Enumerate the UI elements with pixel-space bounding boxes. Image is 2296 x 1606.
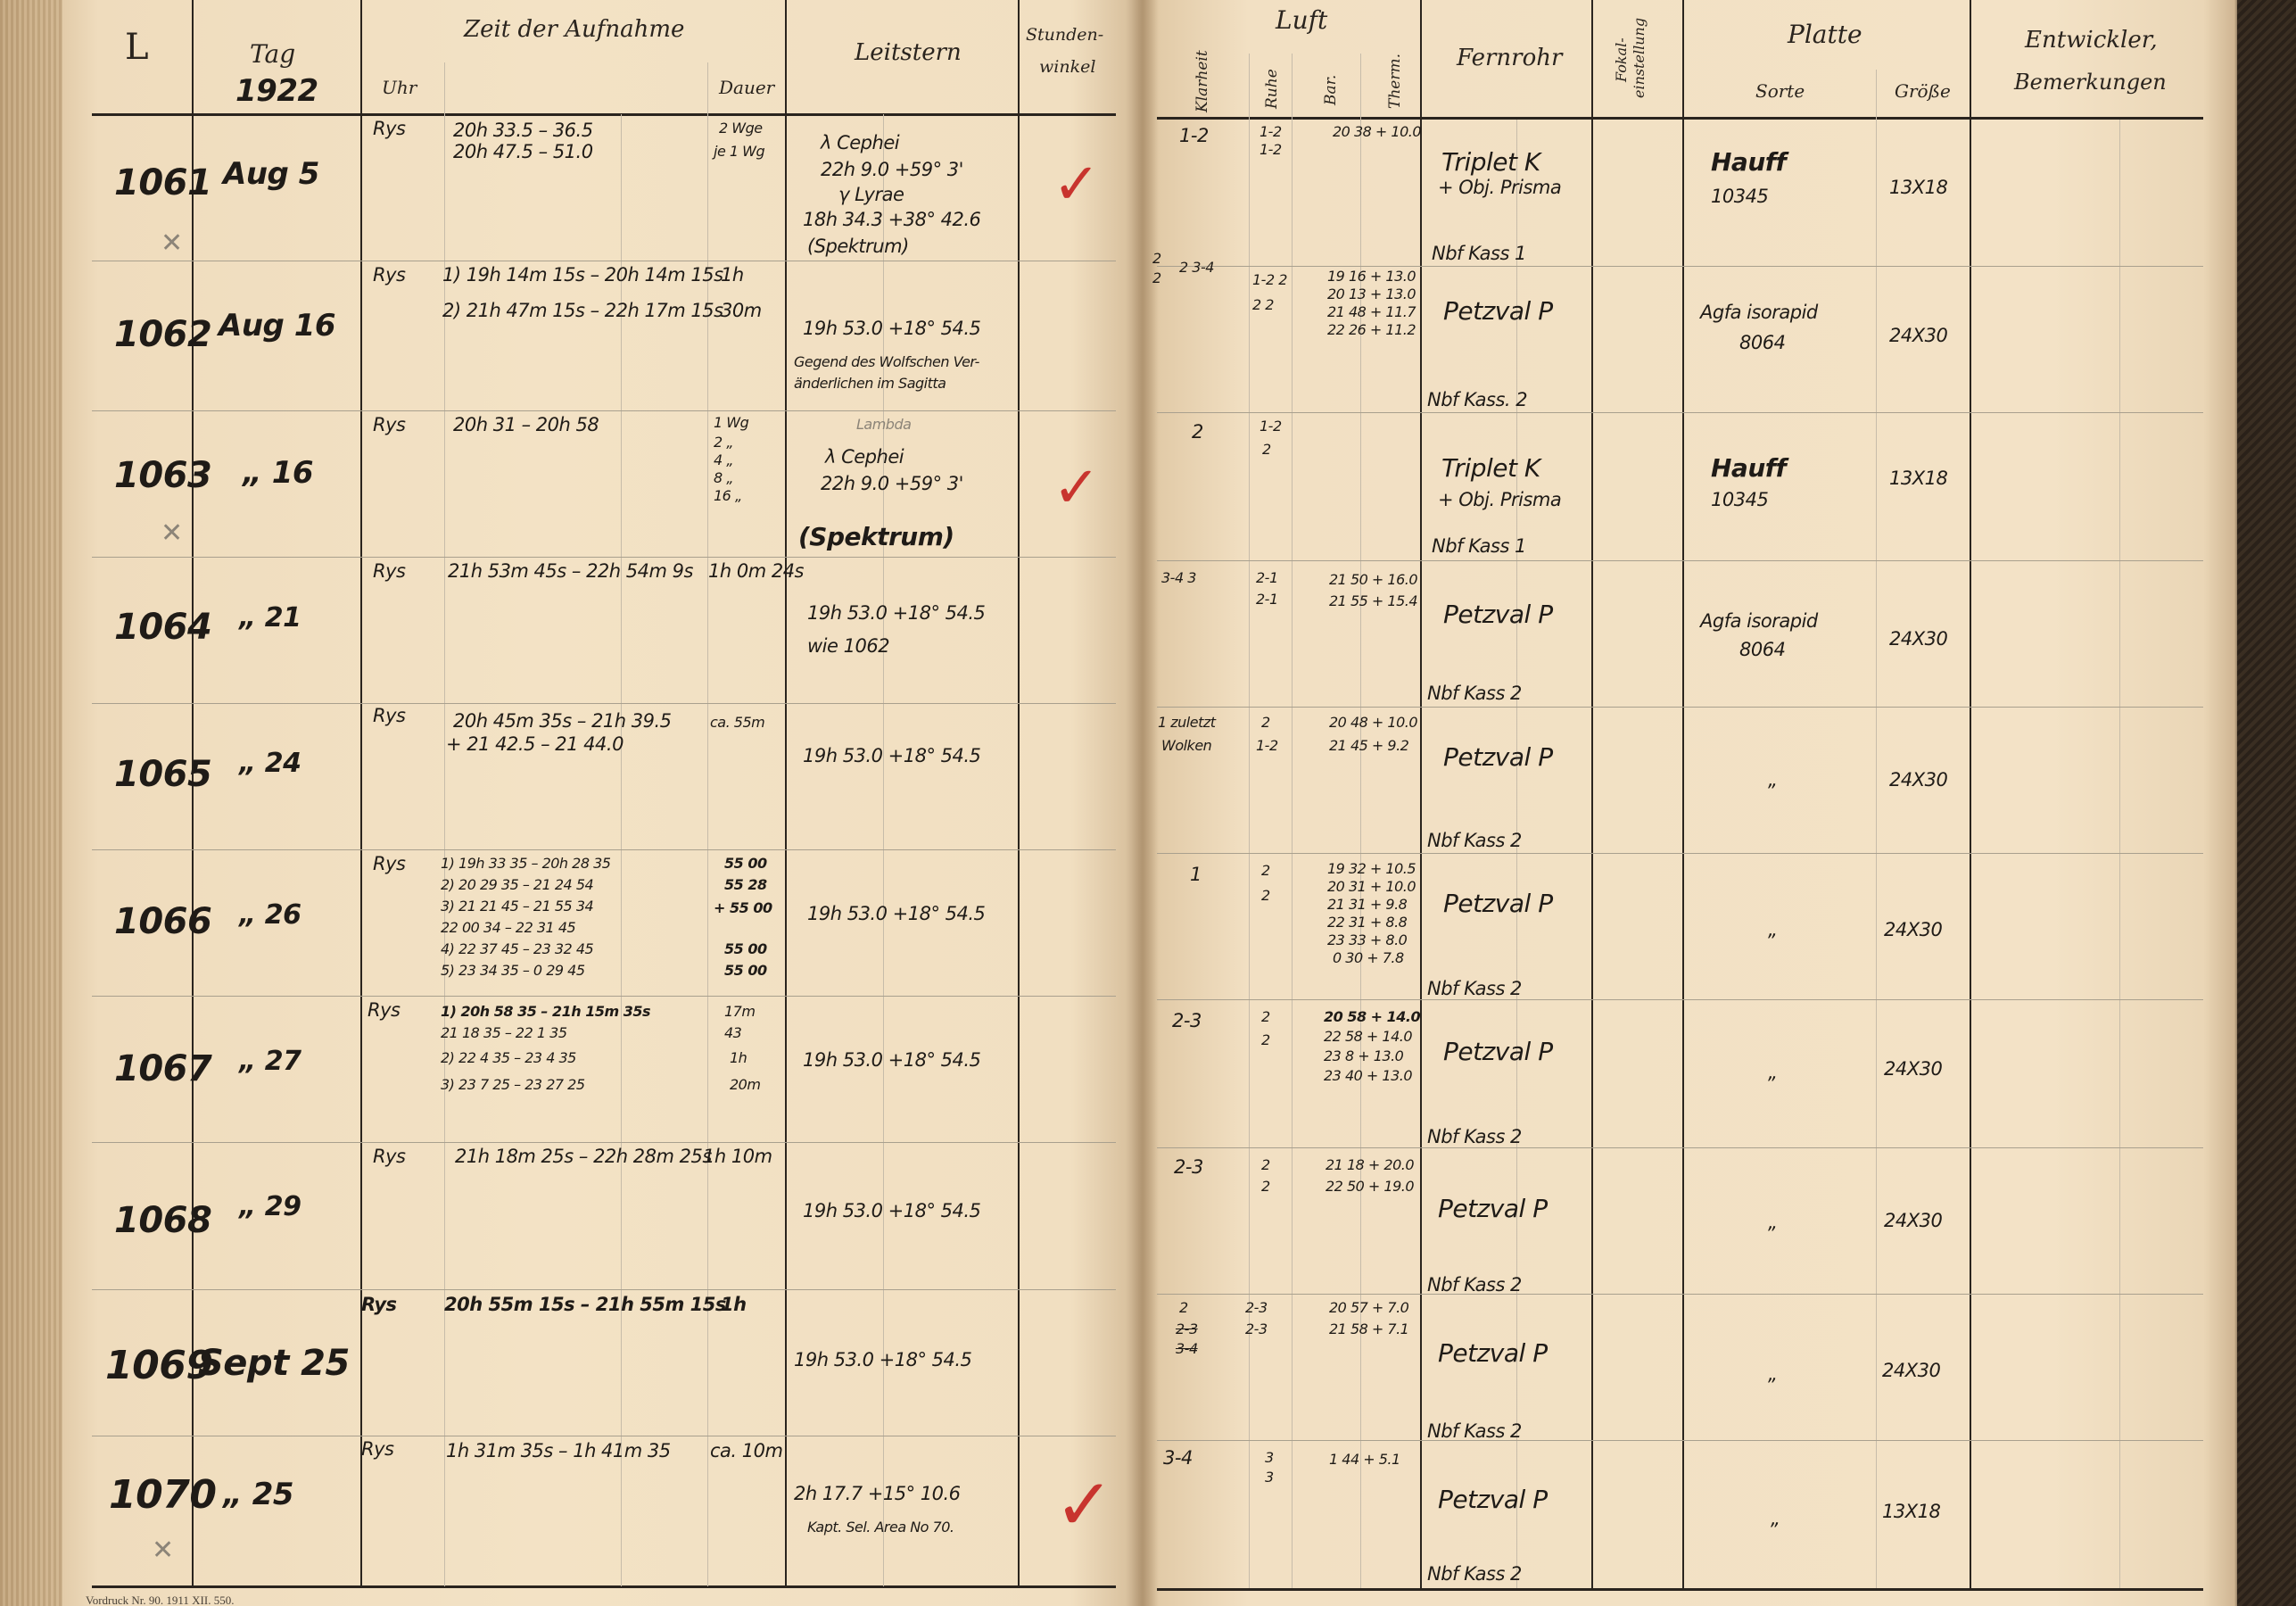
uhr-prefix: Rys <box>373 853 405 874</box>
leitstern-line: 22h 9.0 +59° 3' <box>821 159 963 180</box>
entry-number: 1063 <box>114 455 211 496</box>
zeit-line: 21h 53m 45s – 22h 54m 9s <box>448 560 693 582</box>
zeit-line: + 21 42.5 – 21 44.0 <box>446 733 624 755</box>
bar-therm-value: 19 32 + 10.5 <box>1327 860 1416 877</box>
plate-number: 8064 <box>1739 332 1785 353</box>
bar-therm-value: 20 38 + 10.0 <box>1333 123 1421 140</box>
plate-size: 24X30 <box>1884 919 1942 940</box>
ruhe-value: 1-2 <box>1259 141 1282 158</box>
header-stundenwinkel-1: Stunden- <box>1026 25 1103 45</box>
bar-therm-value: 21 45 + 9.2 <box>1329 737 1408 754</box>
entry-number: 1061 <box>114 162 211 203</box>
kassette-label: Nbf Kass 2 <box>1427 1274 1522 1296</box>
ruhe-value: 2 <box>1261 862 1270 879</box>
header-zeit-der-aufnahme: Zeit der Aufnahme <box>464 16 684 43</box>
ruhe-value: 1-2 <box>1259 418 1282 435</box>
divider-ruhe-bar <box>1292 54 1293 1588</box>
bar-therm-value: 22 26 + 11.2 <box>1327 321 1416 338</box>
fernrohr-line: Petzval P <box>1443 600 1553 629</box>
bottom-rule-left <box>92 1585 1116 1588</box>
divider-fokal-platte <box>1682 0 1684 1588</box>
header-fokal-2: einstellung <box>1631 18 1648 98</box>
klarheit-value: 2-3 <box>1176 1320 1198 1337</box>
header-ruhe: Ruhe <box>1263 69 1281 109</box>
plate-number: 10345 <box>1711 186 1768 207</box>
dauer-line: 1h <box>730 1049 747 1066</box>
bar-therm-value: 0 30 + 7.8 <box>1333 949 1404 966</box>
entry-number: 1062 <box>114 314 211 355</box>
kassette-label: Nbf Kass 2 <box>1427 1126 1522 1147</box>
entry-number: 1068 <box>114 1200 211 1241</box>
zeit-line: 2) 22 4 35 – 23 4 35 <box>441 1049 576 1066</box>
leitstern-line: wie 1062 <box>807 635 889 657</box>
margin-cross-icon: ✕ <box>152 1535 174 1566</box>
dauer-line: ca. 10m <box>710 1440 782 1461</box>
zeit-line: 4) 22 37 45 – 23 32 45 <box>441 940 593 957</box>
divider-leitstern-stunden <box>1018 0 1020 1586</box>
ruhe-value: 1-2 2 <box>1252 271 1287 288</box>
header-tag: Tag <box>250 39 295 69</box>
fernrohr-line: Petzval P <box>1438 1485 1548 1514</box>
dauer-line: 2 Wge <box>719 120 763 137</box>
kassette-label: Nbf Kass 2 <box>1427 1420 1522 1442</box>
zeit-line: 1) 19h 33 35 – 20h 28 35 <box>441 855 610 872</box>
uhr-prefix: Rys <box>373 118 405 139</box>
uhr-prefix: Rys <box>373 264 405 286</box>
leitstern-line: 19h 53.0 +18° 54.5 <box>803 745 980 766</box>
header-stundenwinkel-2: winkel <box>1039 57 1095 77</box>
plate-brand: Agfa isorapid <box>1700 610 1818 632</box>
ruhe-value: 2 <box>1261 1031 1270 1048</box>
divider-zeit-mid <box>621 114 622 1586</box>
ruhe-value: 2 <box>1262 441 1271 458</box>
klarheit-value: 3-4 <box>1176 1340 1198 1357</box>
ruhe-value: 2 <box>1261 714 1270 731</box>
zeit-line: 21 18 35 – 22 1 35 <box>441 1024 567 1041</box>
dauer-line: 1h <box>721 1294 747 1315</box>
red-check-icon: ✓ <box>1053 152 1101 218</box>
row-separator <box>1157 853 2203 854</box>
row-separator <box>1157 707 2203 708</box>
bar-therm-value: 23 33 + 8.0 <box>1327 931 1407 948</box>
header-uhr: Uhr <box>382 77 417 98</box>
ditto-mark: „ <box>1768 769 1777 791</box>
header-platte: Platte <box>1788 20 1862 49</box>
leitstern-line: 2h 17.7 +15° 10.6 <box>794 1483 961 1504</box>
ruhe-value: 2-1 <box>1256 569 1278 586</box>
row-separator <box>1157 266 2203 267</box>
dauer-line: 4 „ <box>714 451 733 468</box>
dauer-line: 55 00 <box>724 962 767 979</box>
ruhe-value: 2 <box>1261 1178 1270 1195</box>
ditto-mark: „ <box>1768 919 1777 940</box>
header-sorte: Sorte <box>1755 80 1805 102</box>
zeit-line: 5) 23 34 35 – 0 29 45 <box>441 962 585 979</box>
dauer-line: + 55 00 <box>714 899 772 916</box>
leitstern-line: 19h 53.0 +18° 54.5 <box>794 1349 971 1370</box>
zeit-line: 3) 21 21 45 – 21 55 34 <box>441 898 593 915</box>
kassette-label: Nbf Kass. 2 <box>1427 389 1527 410</box>
page-stack-edge <box>0 0 62 1606</box>
klarheit-value: 1 <box>1190 864 1202 885</box>
header-fernrohr: Fernrohr <box>1457 45 1562 71</box>
kassette-label: Nbf Kass 2 <box>1427 683 1522 704</box>
dauer-line: 17m <box>724 1003 755 1020</box>
divider-luft-fernrohr <box>1420 0 1422 1588</box>
ruhe-value: 1-2 <box>1256 737 1278 754</box>
row-separator <box>92 1142 1116 1143</box>
header-groesse: Größe <box>1895 80 1951 102</box>
leitstern-line: 19h 53.0 +18° 54.5 <box>807 903 985 924</box>
bar-therm-value: 21 31 + 9.8 <box>1327 896 1407 913</box>
ruhe-value: 2 3-4 <box>1179 259 1214 276</box>
bar-therm-value: 20 58 + 14.0 <box>1324 1008 1420 1025</box>
header-bemerkungen: Bemerkungen <box>2014 70 2167 95</box>
ruhe-value: 1-2 <box>1259 123 1282 140</box>
ruhe-value: 2 <box>1261 1156 1270 1173</box>
kassette-label: Nbf Kass 2 <box>1427 978 1522 999</box>
divider-klarheit-ruhe <box>1249 54 1250 1588</box>
leitstern-line: 19h 53.0 +18° 54.5 <box>807 602 985 624</box>
header-year: 1922 <box>235 73 318 109</box>
leitstern-line: λ Cephei <box>825 446 904 468</box>
entry-number: 1064 <box>114 607 211 648</box>
klarheit-value: 1-2 <box>1179 125 1209 146</box>
dauer-line: ca. 55m <box>710 714 764 731</box>
plate-brand: Hauff <box>1711 147 1786 177</box>
bar-therm-value: 20 57 + 7.0 <box>1329 1299 1408 1316</box>
dauer-line: 43 <box>724 1024 741 1041</box>
zeit-line: 20h 33.5 – 36.5 <box>453 120 593 141</box>
fernrohr-line: Triplet K <box>1441 147 1540 177</box>
header-luft: Luft <box>1276 5 1327 35</box>
header-rule-left <box>92 113 1116 116</box>
entry-number: 1069 <box>105 1343 212 1388</box>
entry-date: Aug 16 <box>219 308 335 344</box>
print-footer: Vordruck Nr. 90. 1911 XII. 550. <box>86 1594 234 1606</box>
fernrohr-line: + Obj. Prisma <box>1438 177 1561 198</box>
dauer-line: 8 „ <box>714 469 733 486</box>
klarheit-value: 3-4 <box>1163 1447 1193 1469</box>
klarheit-value: 2 <box>1152 250 1161 267</box>
dauer-line: 55 00 <box>724 855 767 872</box>
header-bar: Bar. <box>1322 75 1340 105</box>
leitstern-line: λ Cephei <box>821 132 899 153</box>
ruhe-value: 2 <box>1261 887 1270 904</box>
fernrohr-line: Petzval P <box>1443 889 1553 918</box>
plate-size: 24X30 <box>1884 1058 1942 1080</box>
klarheit-value: 2 <box>1192 421 1203 443</box>
plate-size: 24X30 <box>1882 1360 1940 1381</box>
fernrohr-line: Triplet K <box>1441 453 1540 483</box>
fernrohr-line: Petzval P <box>1443 1037 1553 1066</box>
plate-size: 13X18 <box>1889 177 1947 198</box>
header-rule-right <box>1157 117 2203 120</box>
leitstern-note: änderlichen im Sagitta <box>794 375 946 392</box>
row-separator <box>92 849 1116 850</box>
header-l: L <box>125 27 149 68</box>
divider-uhr <box>444 62 445 1586</box>
entry-date: „ 29 <box>239 1191 301 1222</box>
entry-number: 1070 <box>109 1472 216 1518</box>
header-entwickler: Entwickler, <box>2025 27 2158 54</box>
dauer-line: 20m <box>730 1076 760 1093</box>
kassette-label: Nbf Kass 1 <box>1432 243 1526 264</box>
bar-therm-value: 22 58 + 14.0 <box>1324 1028 1412 1045</box>
row-separator <box>92 1289 1116 1290</box>
book-gutter <box>1126 0 1158 1606</box>
row-separator <box>1157 1440 2203 1441</box>
plate-size: 13X18 <box>1889 468 1947 489</box>
plate-brand: Agfa isorapid <box>1700 302 1818 323</box>
divider-tag-zeit <box>360 0 362 1586</box>
bar-therm-value: 20 31 + 10.0 <box>1327 878 1416 895</box>
zeit-line: 21h 18m 25s – 22h 28m 25s <box>455 1146 712 1167</box>
zeit-line: 1) 20h 58 35 – 21h 15m 35s <box>441 1003 650 1020</box>
header-therm: Therm. <box>1386 54 1404 109</box>
klarheit-value: 1 zuletzt <box>1158 714 1216 731</box>
red-check-icon: ✓ <box>1053 455 1101 521</box>
dauer-line: 55 00 <box>724 940 767 957</box>
zeit-line: 3) 23 7 25 – 23 27 25 <box>441 1076 585 1093</box>
zeit-line: 2) 21h 47m 15s – 22h 17m 15s <box>442 300 723 321</box>
row-separator <box>1157 560 2203 561</box>
zeit-line: 1h 31m 35s – 1h 41m 35 <box>446 1440 671 1461</box>
plate-number: 10345 <box>1711 489 1768 510</box>
leitstern-line: (Spektrum) <box>807 236 909 257</box>
leitstern-line: (Spektrum) <box>798 522 954 551</box>
dauer-line: 1h 10m <box>703 1146 772 1167</box>
bar-therm-value: 20 48 + 10.0 <box>1329 714 1417 731</box>
entry-number: 1065 <box>114 754 211 795</box>
leitstern-pencil-note: Lambda <box>856 416 911 433</box>
entry-date: „ 25 <box>223 1477 293 1512</box>
header-klarheit: Klarheit <box>1193 50 1211 112</box>
row-separator <box>1157 999 2203 1000</box>
bar-therm-value: 22 50 + 19.0 <box>1326 1178 1414 1195</box>
fernrohr-line: Petzval P <box>1443 742 1553 772</box>
ditto-mark: „ <box>1768 1363 1777 1385</box>
dauer-line: 55 28 <box>724 876 767 893</box>
uhr-prefix: Rys <box>373 1146 405 1167</box>
fernrohr-line: Petzval P <box>1443 296 1553 326</box>
zeit-line: 20h 55m 15s – 21h 55m 15s <box>444 1294 726 1315</box>
plate-size: 24X30 <box>1889 628 1947 650</box>
leitstern-line: 18h 34.3 +38° 42.6 <box>803 209 980 230</box>
row-separator <box>92 703 1116 704</box>
ruhe-value: 2-3 <box>1245 1320 1268 1337</box>
margin-cross-icon: ✕ <box>161 228 183 259</box>
bar-therm-value: 21 18 + 20.0 <box>1326 1156 1414 1173</box>
zeit-line: 22 00 34 – 22 31 45 <box>441 919 575 936</box>
bar-therm-value: 21 55 + 15.4 <box>1329 592 1417 609</box>
bar-therm-value: 21 50 + 16.0 <box>1329 571 1417 588</box>
bottom-rule-right <box>1157 1588 2203 1591</box>
row-separator <box>1157 1147 2203 1148</box>
plate-size: 24X30 <box>1889 769 1947 791</box>
entry-date: „ 21 <box>239 602 301 633</box>
kassette-label: Nbf Kass 1 <box>1432 535 1526 557</box>
zeit-line: 20h 45m 35s – 21h 39.5 <box>453 710 672 732</box>
leitstern-note: Kapt. Sel. Area No 70. <box>807 1519 954 1536</box>
ditto-mark: „ <box>1771 1508 1780 1529</box>
bar-therm-value: 23 40 + 13.0 <box>1324 1067 1412 1084</box>
klarheit-value: 2 <box>1179 1299 1188 1316</box>
plate-number: 8064 <box>1739 639 1785 660</box>
plate-brand: Hauff <box>1711 453 1786 483</box>
bar-therm-value: 22 31 + 8.8 <box>1327 914 1407 931</box>
leitstern-line: 19h 53.0 +18° 54.5 <box>803 1200 980 1221</box>
dauer-line: 16 „ <box>714 487 742 504</box>
dauer-line: 1 Wg <box>714 414 748 431</box>
uhr-prefix: Rys <box>373 560 405 582</box>
klarheit-value: 3-4 3 <box>1161 569 1196 586</box>
entry-date: „ 24 <box>239 748 301 779</box>
row-separator <box>92 557 1116 558</box>
ruhe-value: 2-3 <box>1245 1299 1268 1316</box>
klarheit-value: 2 <box>1152 269 1161 286</box>
uhr-prefix: Rys <box>368 999 400 1021</box>
bar-therm-value: 20 13 + 13.0 <box>1327 286 1416 302</box>
row-separator <box>92 261 1116 261</box>
ruhe-value: 2 <box>1261 1008 1270 1025</box>
plate-size: 24X30 <box>1889 325 1947 346</box>
ruhe-value: 2 2 <box>1252 296 1274 313</box>
entry-date: „ 27 <box>239 1046 301 1077</box>
dauer-line: je 1 Wg <box>714 143 764 160</box>
leitstern-line: γ Lyrae <box>838 184 904 205</box>
divider-fernrohr-fokal <box>1591 0 1593 1588</box>
fernrohr-line: Petzval P <box>1438 1194 1548 1223</box>
ruhe-value: 3 <box>1265 1469 1274 1486</box>
dauer-line: 30m <box>721 300 762 321</box>
dauer-line: 1h <box>721 264 744 286</box>
logbook-spread: L Tag 1922 Zeit der Aufnahme Uhr Dauer L… <box>0 0 2296 1606</box>
ditto-mark: „ <box>1768 1062 1777 1083</box>
divider-platte-entwickler <box>1970 0 1971 1588</box>
divider-zeit-leitstern <box>785 0 787 1586</box>
dauer-line: 2 „ <box>714 434 733 451</box>
header-dauer: Dauer <box>719 77 774 98</box>
entry-date: „ 16 <box>243 455 313 491</box>
fernrohr-line: + Obj. Prisma <box>1438 489 1561 510</box>
divider-entwickler-mid <box>2119 120 2120 1588</box>
header-fokal-1: Fokal- <box>1613 37 1630 82</box>
row-separator <box>1157 1294 2203 1295</box>
plate-size: 13X18 <box>1882 1501 1940 1522</box>
entry-number: 1066 <box>114 901 211 942</box>
kassette-label: Nbf Kass 2 <box>1427 830 1522 851</box>
zeit-line: 20h 47.5 – 51.0 <box>453 141 593 162</box>
leitstern-line: 22h 9.0 +59° 3' <box>821 473 963 494</box>
header-leitstern: Leitstern <box>855 39 962 66</box>
divider-sorte-groesse <box>1876 70 1877 1588</box>
bar-therm-value: 1 44 + 5.1 <box>1329 1451 1400 1468</box>
zeit-line: 2) 20 29 35 – 21 24 54 <box>441 876 593 893</box>
entry-number: 1067 <box>114 1048 211 1089</box>
row-separator <box>1157 412 2203 413</box>
uhr-prefix: Rys <box>361 1438 393 1460</box>
bar-therm-value: 21 48 + 11.7 <box>1327 303 1416 320</box>
fernrohr-line: Petzval P <box>1438 1338 1548 1368</box>
ruhe-value: 2-1 <box>1256 591 1278 608</box>
plate-size: 24X30 <box>1884 1210 1942 1231</box>
row-separator <box>92 410 1116 411</box>
bar-therm-value: 23 8 + 13.0 <box>1324 1047 1403 1064</box>
uhr-prefix: Rys <box>373 414 405 435</box>
ditto-mark: „ <box>1768 1212 1777 1233</box>
leitstern-note: Gegend des Wolfschen Ver- <box>794 353 979 370</box>
book-binding <box>2237 0 2296 1606</box>
dauer-line: 1h 0m 24s <box>708 560 804 582</box>
margin-cross-icon: ✕ <box>161 517 183 549</box>
zeit-line: 20h 31 – 20h 58 <box>453 414 599 435</box>
ruhe-value: 3 <box>1265 1449 1274 1466</box>
entry-date: „ 26 <box>239 899 301 931</box>
entry-date: Sept 25 <box>198 1343 350 1384</box>
red-check-icon: ✓ <box>1054 1463 1114 1546</box>
bar-therm-value: 21 58 + 7.1 <box>1329 1320 1408 1337</box>
row-separator <box>92 996 1116 997</box>
row-separator <box>92 1436 1116 1436</box>
bar-therm-value: 19 16 + 13.0 <box>1327 268 1416 285</box>
klarheit-value: 2-3 <box>1174 1156 1203 1178</box>
klarheit-value: 2-3 <box>1172 1010 1202 1031</box>
entry-date: Aug 5 <box>223 156 319 192</box>
divider-dauer <box>707 62 708 1586</box>
zeit-line: 1) 19h 14m 15s – 20h 14m 15s <box>442 264 723 286</box>
uhr-prefix: Rys <box>361 1294 397 1315</box>
klarheit-value: Wolken <box>1161 737 1211 754</box>
kassette-label: Nbf Kass 2 <box>1427 1563 1522 1585</box>
leitstern-line: 19h 53.0 +18° 54.5 <box>803 318 980 339</box>
divider-fernrohr-mid <box>1516 120 1517 1588</box>
uhr-prefix: Rys <box>373 705 405 726</box>
leitstern-line: 19h 53.0 +18° 54.5 <box>803 1049 980 1071</box>
